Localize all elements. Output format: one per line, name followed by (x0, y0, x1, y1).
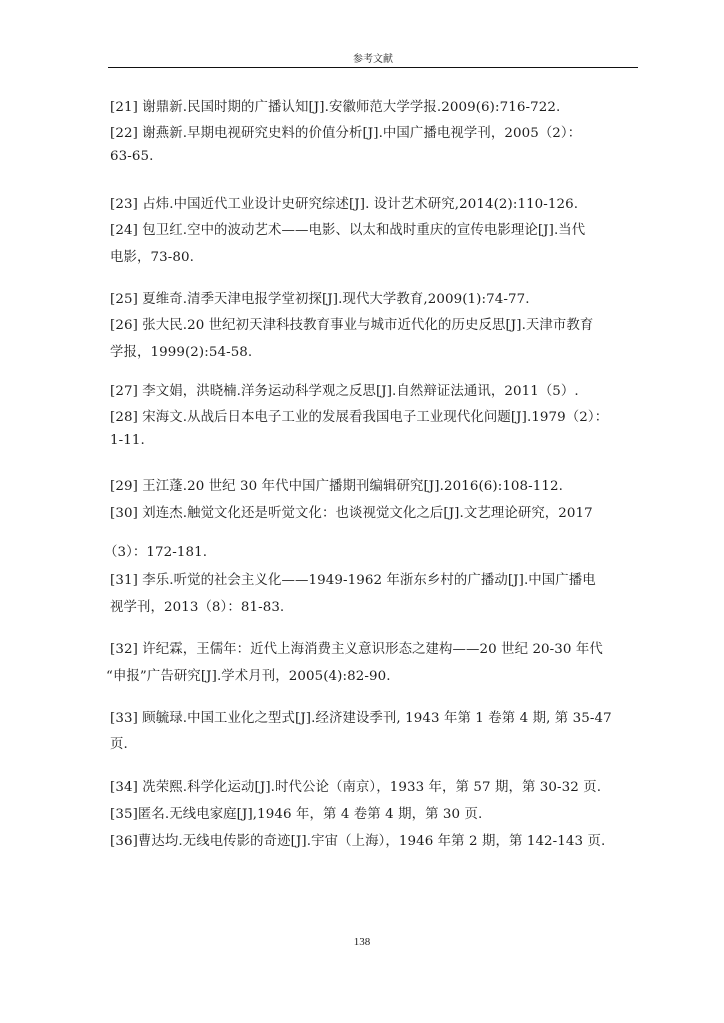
reference-22: [22] 谢燕新.早期电视研究史料的价值分析[J].中国广播电视学刊，2005（… (110, 122, 581, 141)
reference-33: [33] 顾毓琭.中国工业化之型式[J].经济建设季刊, 1943 年第 1 卷… (110, 707, 612, 726)
reference-26: [26] 张大民.20 世纪初天津科技教育事业与城市近代化的历史反思[J].天津… (110, 314, 593, 333)
reference-28: [28] 宋海文.从战后日本电子工业的发展看我国电子工业现代化问题[J].197… (110, 406, 608, 425)
reference-21: [21] 谢鼎新.民国时期的广播认知[J].安徽师范大学学报.2009(6):7… (110, 96, 560, 115)
reference-22-cont: 63-65. (110, 149, 153, 164)
reference-32: [32] 许纪霖，王儒年：近代上海消费主义意识形态之建构——20 世纪 20-3… (110, 638, 603, 657)
running-header: 参考文献 (108, 50, 638, 65)
reference-26-cont: 学报，1999(2):54-58. (110, 341, 252, 360)
header-rule (108, 67, 638, 68)
reference-24: [24] 包卫红.空中的波动艺术——电影、以太和战时重庆的宣传电影理论[J].当… (110, 219, 585, 238)
reference-31-cont: 视学刊，2013（8）：81-83. (110, 596, 284, 615)
reference-23: [23] 占炜.中国近代工业设计史研究综述[J]. 设计艺术研究,2014(2)… (110, 193, 578, 212)
reference-27: [27] 李文娟，洪晓楠.洋务运动科学观之反思[J].自然辩证法通讯，2011（… (110, 380, 579, 399)
reference-30: [30] 刘连杰.触觉文化还是听觉文化：也谈视觉文化之后[J].文艺理论研究，2… (110, 502, 593, 521)
reference-33-cont: 页. (110, 733, 128, 752)
reference-24-cont: 电影，73-80. (110, 246, 194, 265)
reference-25: [25] 夏维奇.清季天津电报学堂初探[J].现代大学教育,2009(1):74… (110, 288, 530, 307)
reference-30-cont: （3）：172-181. (104, 541, 207, 560)
reference-28-cont: 1-11. (110, 433, 145, 448)
reference-34: [34] 冼荣熙.科学化运动[J].时代公论（南京），1933 年，第 57 期… (110, 776, 601, 795)
reference-32-cont: “申报”广告研究[J].学术月刊，2005(4):82-90. (106, 665, 391, 684)
reference-35: [35]匿名.无线电家庭[J],1946 年，第 4 卷第 4 期，第 30 页… (110, 803, 482, 822)
reference-31: [31] 李乐.听觉的社会主义化——1949-1962 年浙东乡村的广播动[J]… (110, 569, 596, 588)
reference-29: [29] 王江蓬.20 世纪 30 年代中国广播期刊编辑研究[J].2016(6… (110, 475, 563, 494)
reference-36: [36]曹达均.无线电传影的奇迹[J].宇宙（上海），1946 年第 2 期，第… (110, 830, 605, 849)
page-number: 138 (0, 936, 724, 948)
